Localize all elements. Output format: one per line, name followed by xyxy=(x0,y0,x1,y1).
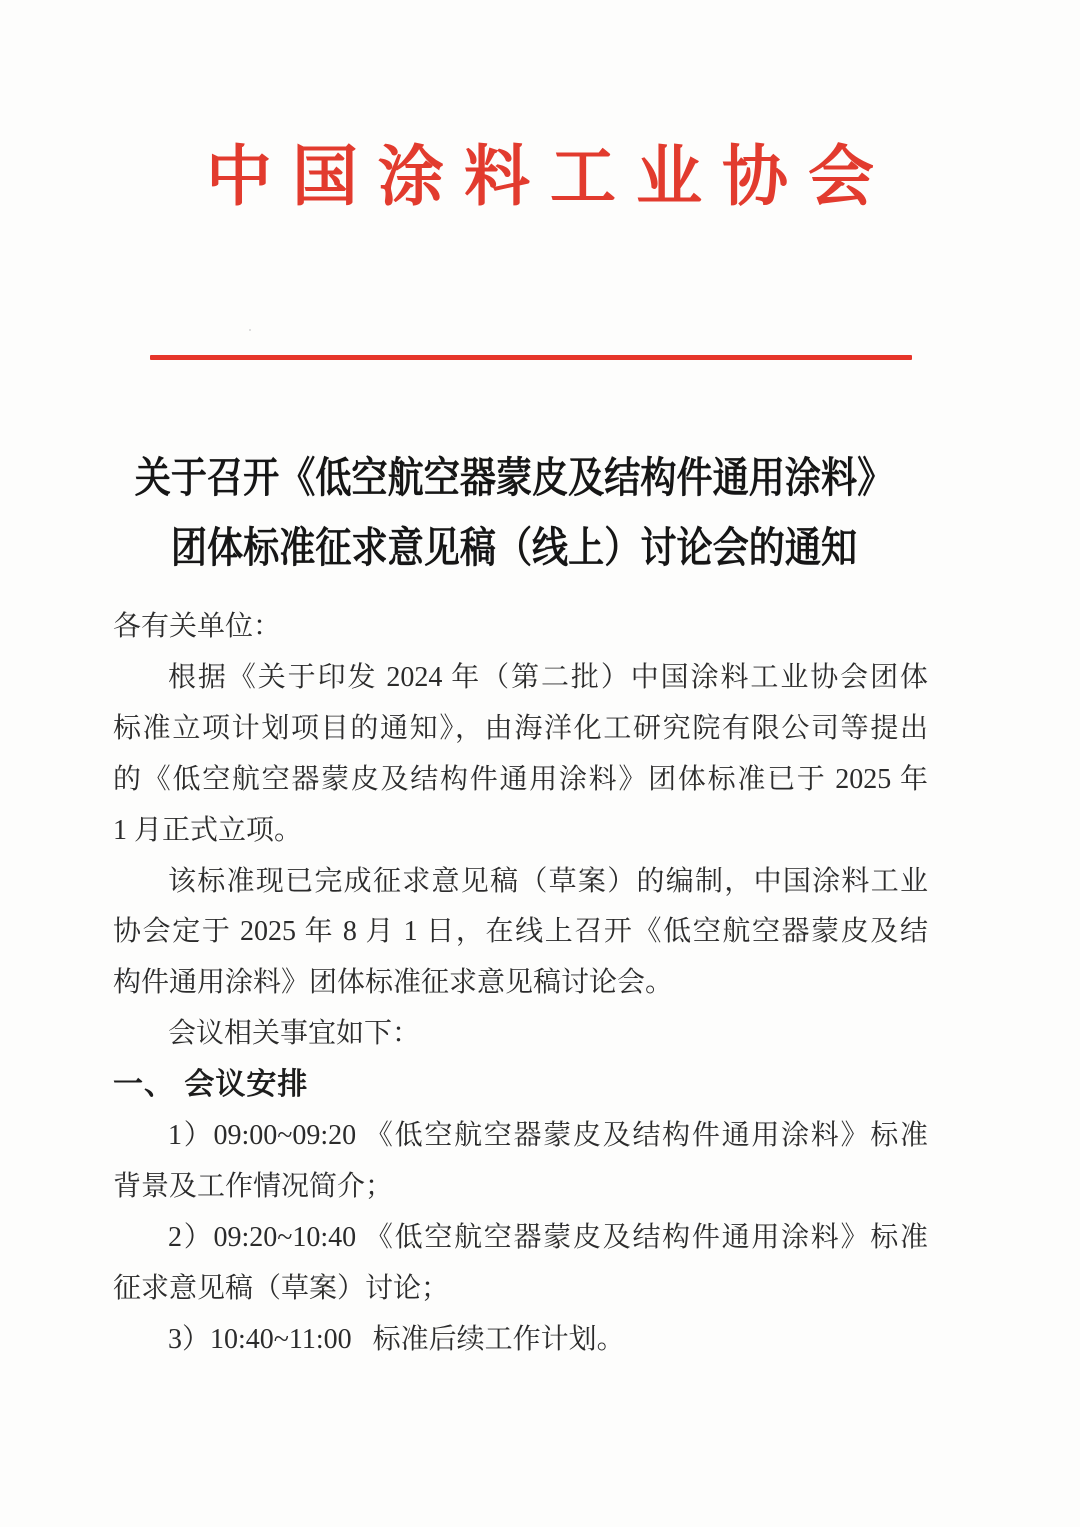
document-title-line1: 关于召开《低空航空器蒙皮及结构件通用涂料》 xyxy=(0,444,1028,514)
body-line: 1）09:00~09:20 《低空航空器蒙皮及结构件通用涂料》标准 xyxy=(113,1111,928,1162)
document-body: 各有关单位：根据《关于印发 2024 年（第二批）中国涂料工业协会团体标准立项计… xyxy=(113,602,928,1366)
letterhead-org-name: 中国涂料工业协会 xyxy=(0,145,1080,211)
body-line: 该标准现已完成征求意见稿（草案）的编制，中国涂料工业 xyxy=(113,857,928,908)
body-line: 会议相关事宜如下： xyxy=(113,1009,928,1060)
body-line: 标准立项计划项目的通知》，由海洋化工研究院有限公司等提出 xyxy=(113,704,928,755)
body-line: 征求意见稿（草案）讨论； xyxy=(113,1264,928,1315)
body-line: 协会定于 2025 年 8 月 1 日，在线上召开《低空航空器蒙皮及结 xyxy=(113,907,928,958)
document-title: 关于召开《低空航空器蒙皮及结构件通用涂料》 团体标准征求意见稿（线上）讨论会的通… xyxy=(0,444,1028,584)
body-line: 各有关单位： xyxy=(113,602,928,653)
body-line: 一、 会议安排 xyxy=(113,1060,928,1111)
scanned-notice-page: 中国涂料工业协会 关于召开《低空航空器蒙皮及结构件通用涂料》 团体标准征求意见稿… xyxy=(0,0,1080,1527)
body-line: 背景及工作情况简介； xyxy=(113,1162,928,1213)
body-line: 的《低空航空器蒙皮及结构件通用涂料》团体标准已于 2025 年 xyxy=(113,755,928,806)
letterhead-divider-line xyxy=(150,355,912,360)
body-line: 1 月正式立项。 xyxy=(113,806,928,857)
body-line: 根据《关于印发 2024 年（第二批）中国涂料工业协会团体 xyxy=(113,653,928,704)
body-line: 2）09:20~10:40 《低空航空器蒙皮及结构件通用涂料》标准 xyxy=(113,1213,928,1264)
document-title-line2: 团体标准征求意见稿（线上）讨论会的通知 xyxy=(0,514,1028,584)
body-line: 构件通用涂料》团体标准征求意见稿讨论会。 xyxy=(113,958,928,1009)
body-line: 3）10:40~11:00 标准后续工作计划。 xyxy=(113,1315,928,1366)
